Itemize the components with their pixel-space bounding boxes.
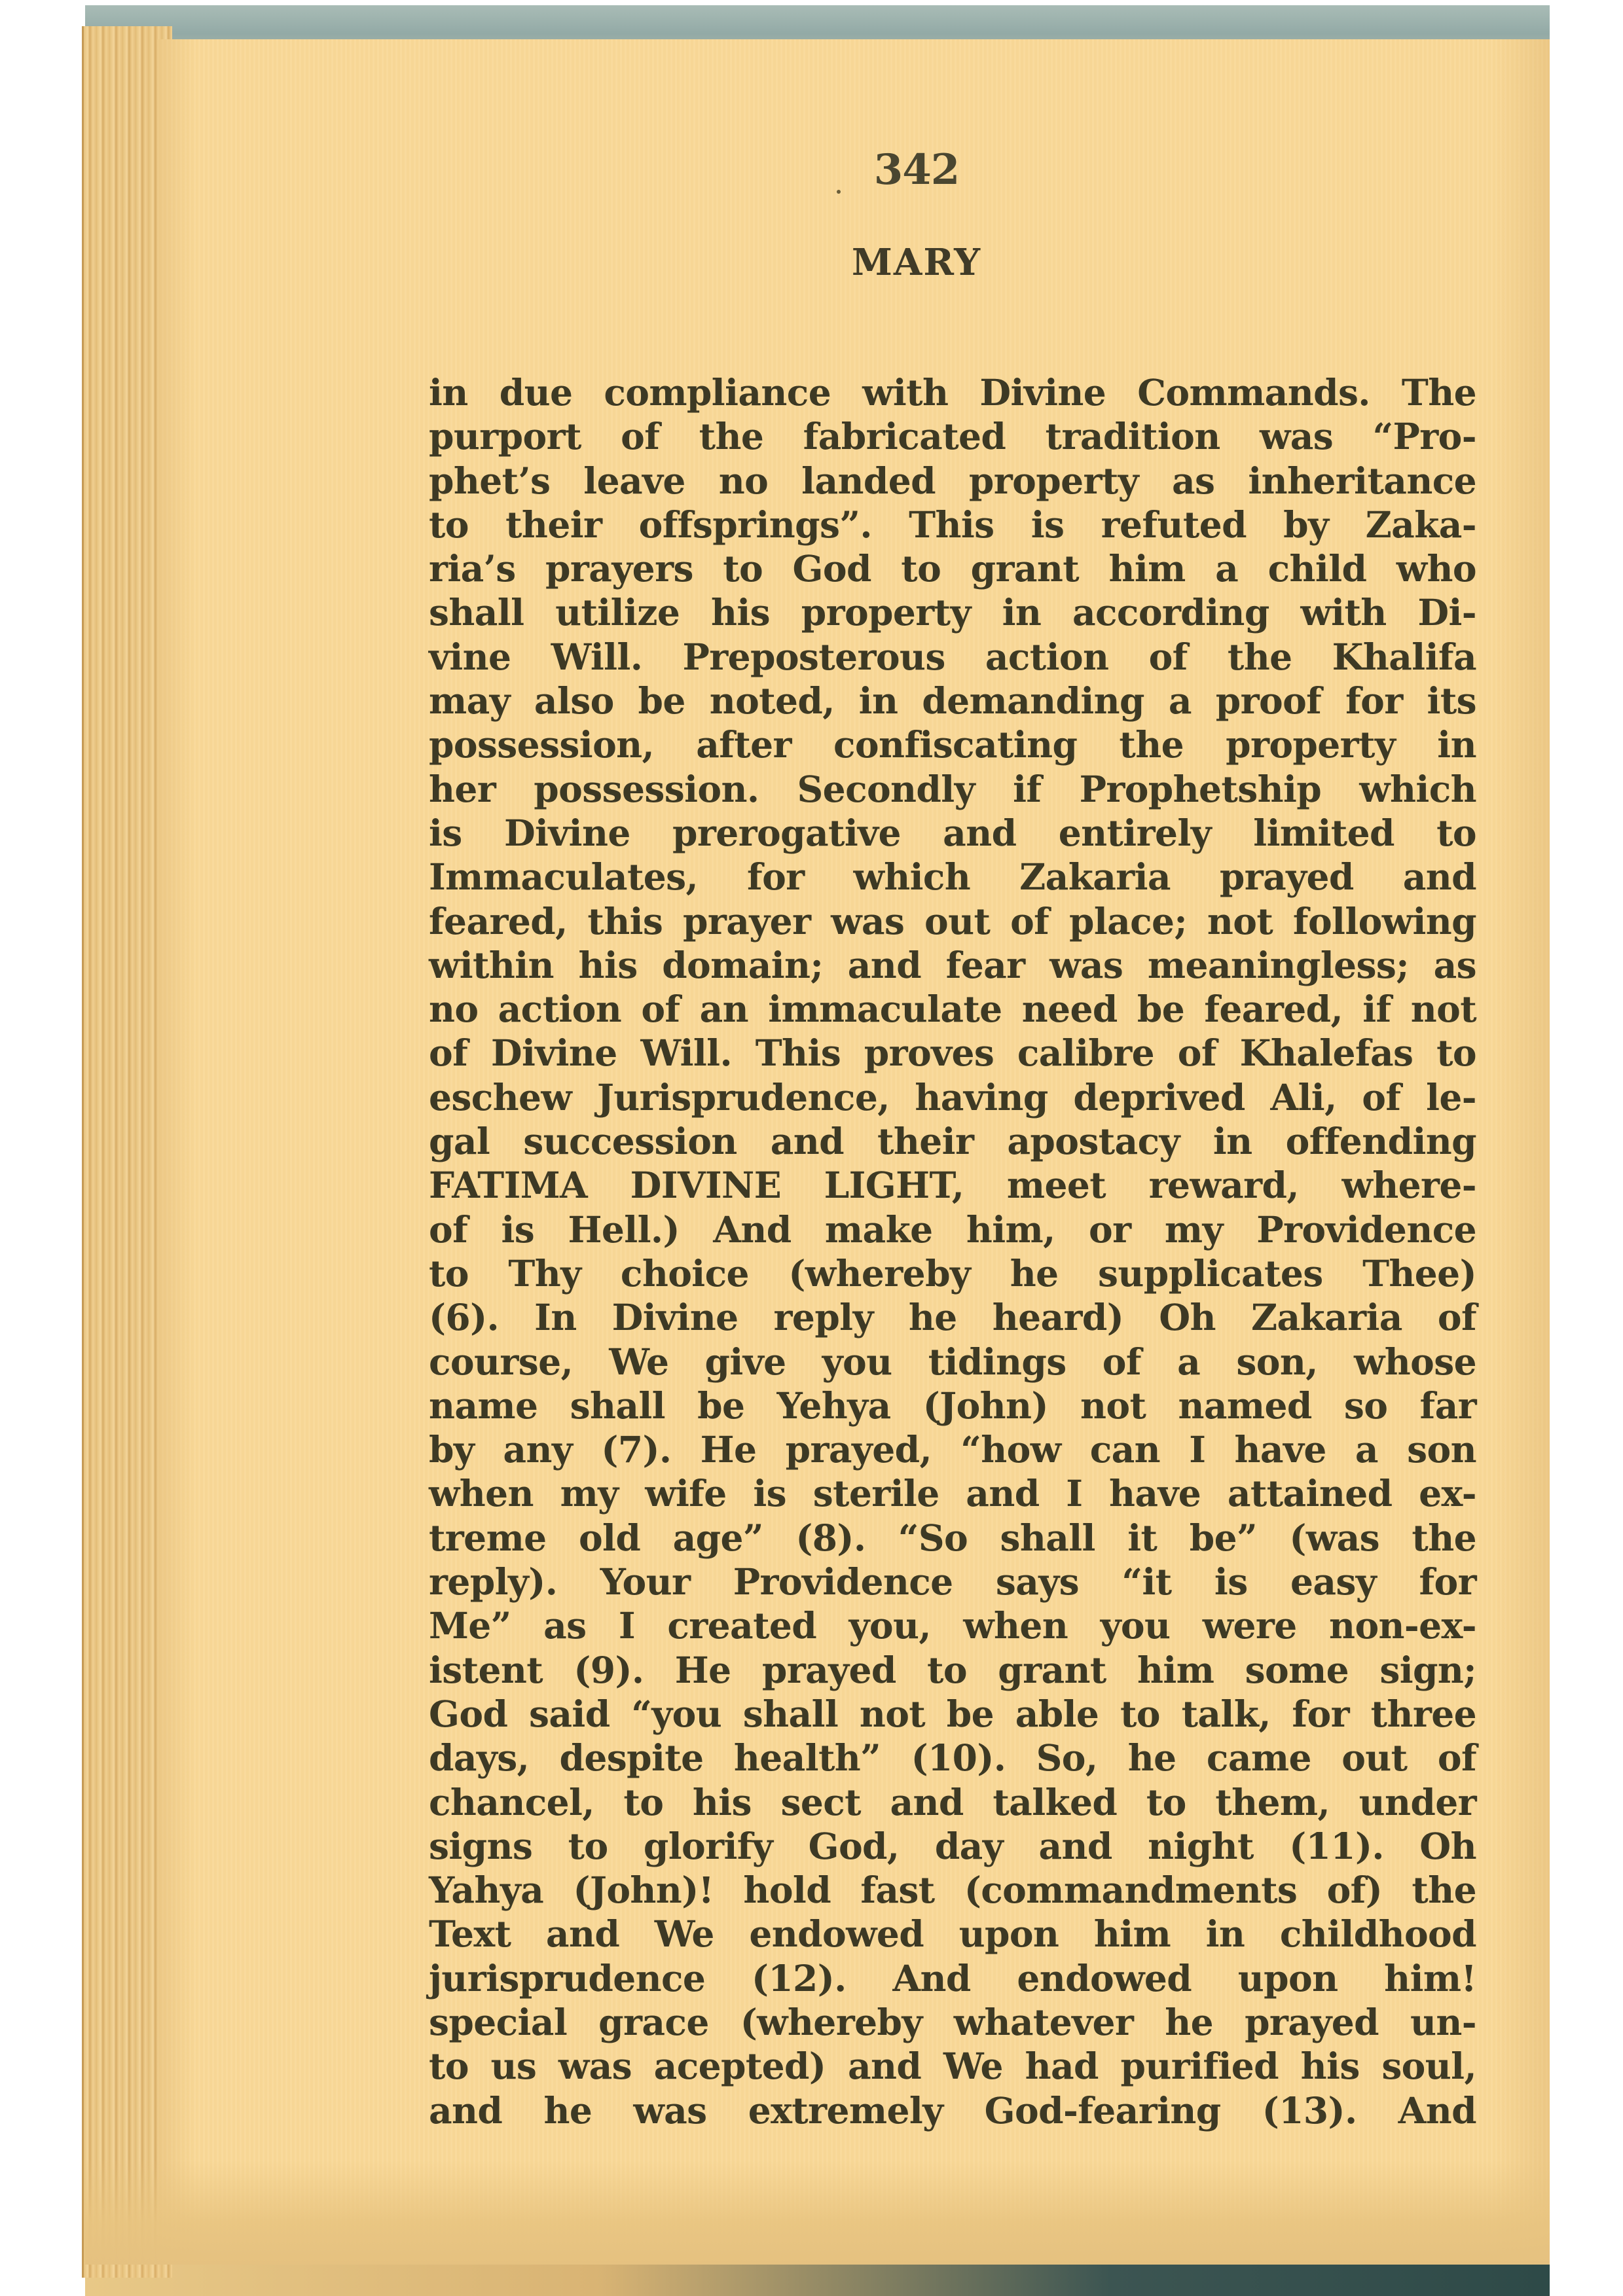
text-line: and he was extremely God-fearing (13). A…: [429, 2089, 1476, 2132]
text-line: of Divine Will. This proves calibre of K…: [429, 1031, 1476, 1075]
body-text: in due compliance with Divine Commands. …: [429, 370, 1476, 2132]
text-line: istent (9). He prayed to grant him some …: [429, 1648, 1476, 1692]
scanned-book-page: 342 MARY in due compliance with Divine C…: [0, 0, 1623, 2296]
text-line: when my wife is sterile and I have attai…: [429, 1471, 1476, 1515]
text-line: God said “you shall not be able to talk,…: [429, 1692, 1476, 1736]
text-line: FATIMA DIVINE LIGHT, meet reward, where-: [429, 1163, 1476, 1207]
text-line: feared, this prayer was out of place; no…: [429, 899, 1476, 943]
text-line: eschew Jurisprudence, having deprived Al…: [429, 1075, 1476, 1119]
text-line: Me” as I created you, when you were non-…: [429, 1604, 1476, 1647]
text-line: phet’s leave no landed property as inher…: [429, 459, 1476, 503]
text-line: (6). In Divine reply he heard) Oh Zakari…: [429, 1295, 1476, 1339]
text-line: signs to glorify God, day and night (11)…: [429, 1824, 1476, 1868]
text-line: by any (7). He prayed, “how can I have a…: [429, 1427, 1476, 1471]
text-line: to Thy choice (whereby he supplicates Th…: [429, 1251, 1476, 1295]
text-line: treme old age” (8). “So shall it be” (wa…: [429, 1516, 1476, 1560]
text-line: purport of the fabricated tradition was …: [429, 414, 1476, 458]
text-line: Yahya (John)! hold fast (commandments of…: [429, 1868, 1476, 1912]
ink-speck: [837, 190, 841, 194]
text-line: course, We give you tidings of a son, wh…: [429, 1340, 1476, 1384]
text-line: Text and We endowed upon him in childhoo…: [429, 1912, 1476, 1956]
text-line: to us was acepted) and We had purified h…: [429, 2044, 1476, 2088]
text-line: within his domain; and fear was meaningl…: [429, 943, 1476, 987]
text-line: may also be noted, in demanding a proof …: [429, 679, 1476, 723]
text-line: to their offsprings”. This is refuted by…: [429, 503, 1476, 547]
text-line: ria’s prayers to God to grant him a chil…: [429, 547, 1476, 590]
text-line: in due compliance with Divine Commands. …: [429, 370, 1476, 414]
text-line: jurisprudence (12). And endowed upon him…: [429, 1956, 1476, 2000]
text-line: no action of an immaculate need be feare…: [429, 987, 1476, 1031]
text-line: days, despite health” (10). So, he came …: [429, 1736, 1476, 1780]
page-bottom-edge: [85, 2160, 1550, 2265]
chapter-title: MARY: [753, 241, 1080, 284]
text-line: shall utilize his property in according …: [429, 590, 1476, 634]
page-number: 342: [851, 145, 982, 194]
text-line: special grace (whereby whatever he praye…: [429, 2000, 1476, 2044]
text-line: name shall be Yehya (John) not named so …: [429, 1384, 1476, 1427]
text-line: is Divine prerogative and entirely limit…: [429, 811, 1476, 855]
text-line: of is Hell.) And make him, or my Provide…: [429, 1208, 1476, 1251]
text-line: gal succession and their apostacy in off…: [429, 1119, 1476, 1163]
text-line: vine Will. Preposterous action of the Kh…: [429, 635, 1476, 679]
text-line: reply). Your Providence says “it is easy…: [429, 1560, 1476, 1604]
text-line: Immaculates, for which Zakaria prayed an…: [429, 855, 1476, 899]
text-line: chancel, to his sect and talked to them,…: [429, 1780, 1476, 1824]
text-line: possession, after confiscating the prope…: [429, 723, 1476, 766]
text-line: her possession. Secondly if Prophetship …: [429, 767, 1476, 811]
